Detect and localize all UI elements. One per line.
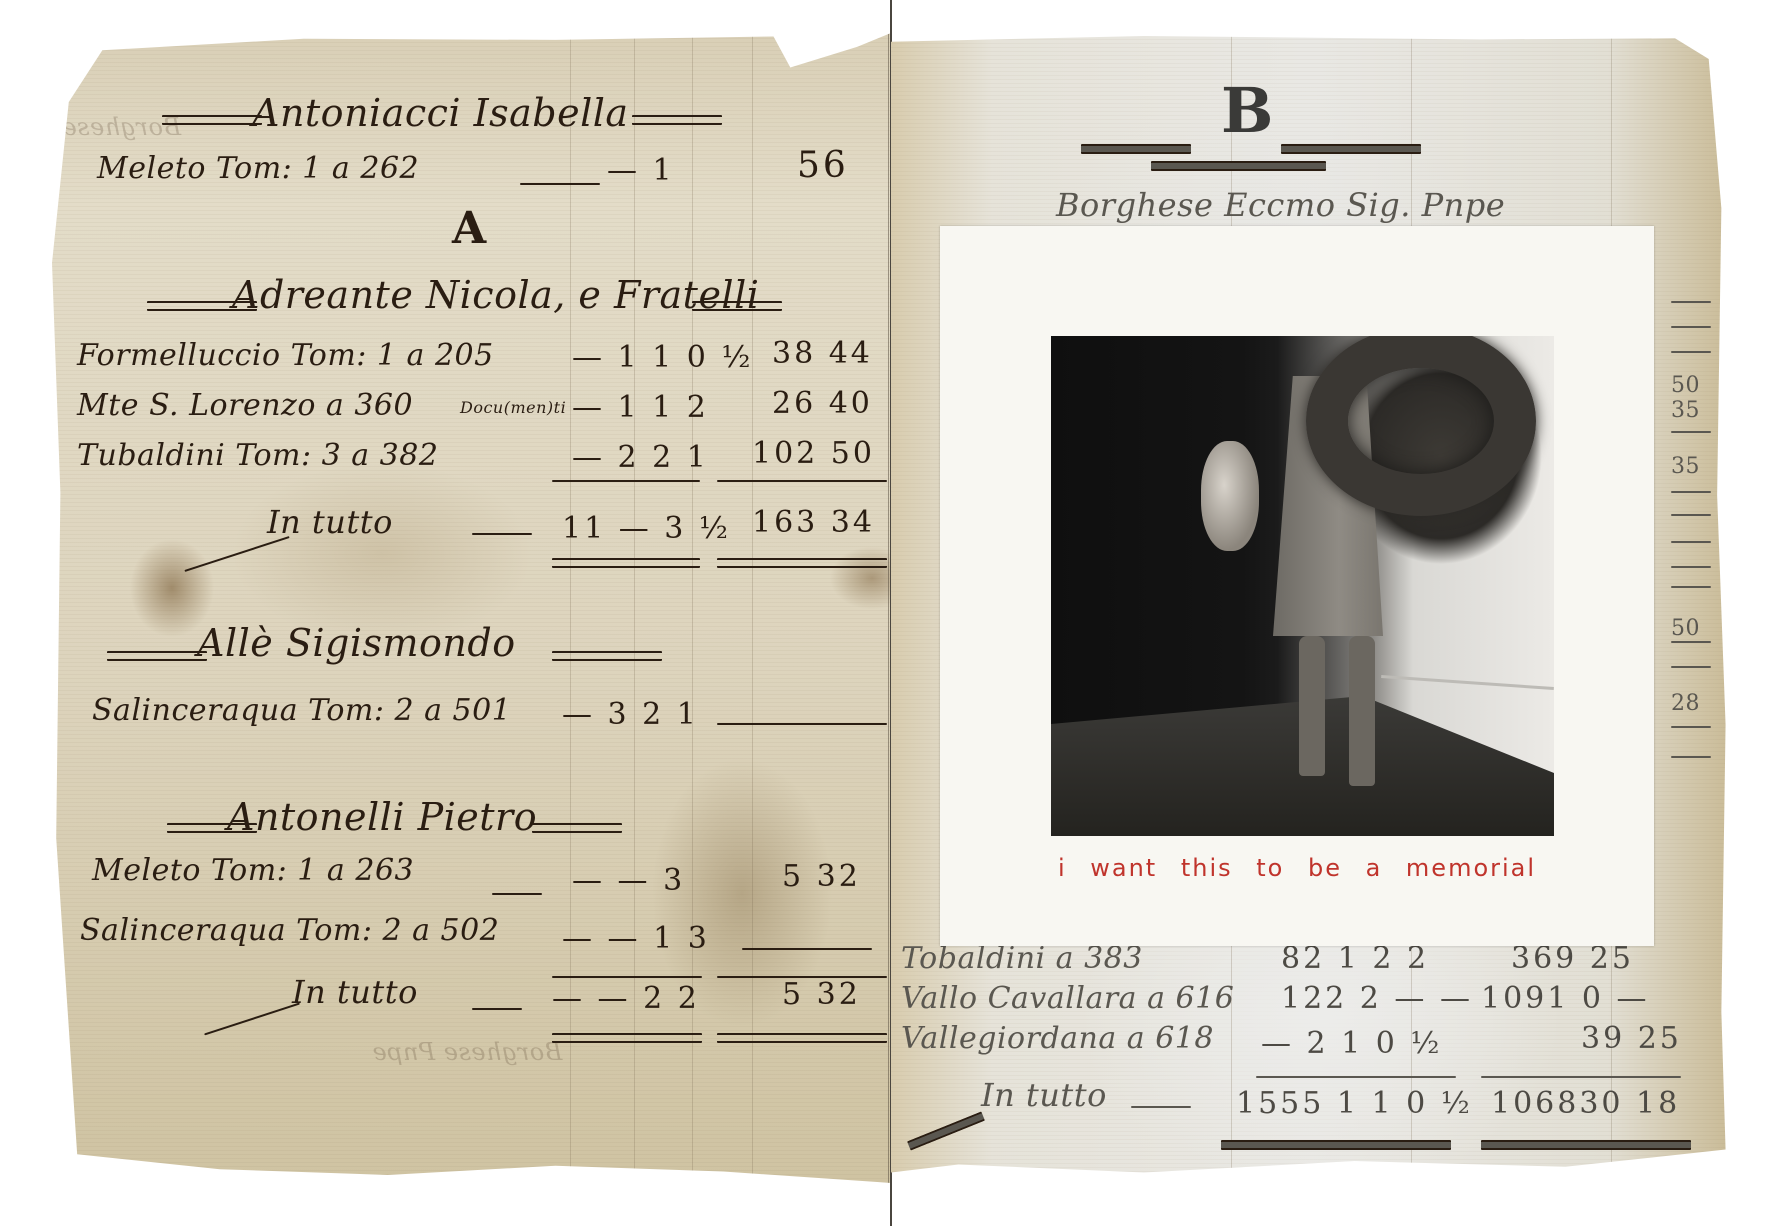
margin-line: [1671, 756, 1711, 758]
left-ledger-page: Borghese Borghese Pnpe Antoniacci Isabel…: [52, 33, 891, 1183]
flourish-line: [162, 115, 262, 125]
total-label: In tutto: [292, 973, 418, 1011]
margin-line: [1671, 351, 1711, 353]
margin-line: [1671, 431, 1711, 433]
entry-amount-a: — 1: [607, 153, 675, 188]
entry-amount-b: 56: [797, 145, 849, 186]
entry-name: Antonelli Pietro: [227, 795, 537, 839]
flourish-line: [692, 301, 782, 311]
photo-wreath: [1306, 336, 1536, 516]
flourish-line: [907, 1111, 985, 1150]
leader-line: [1131, 1106, 1191, 1108]
flourish-line: [552, 651, 662, 661]
entry-amount-a: — 1 1 0 ½: [572, 340, 753, 375]
entry-amount-a: 82 1 2 2: [1281, 941, 1429, 976]
entry-row-note: Docu(men)ti: [460, 398, 566, 417]
entry-amount-b: 102 50: [752, 436, 875, 471]
sum-line: [552, 976, 702, 978]
entry-row-text: Vallo Cavallara a 616: [901, 981, 1234, 1016]
flourish-line: [107, 651, 207, 661]
margin-line: [1671, 326, 1711, 328]
entry-amount-a: — 2 1 0 ½: [1261, 1026, 1442, 1061]
ruling-line: [752, 33, 753, 1183]
leader-line: [717, 723, 887, 725]
bleed-through-text: Borghese Pnpe: [372, 1038, 562, 1066]
total-amount-a: — — 2 2: [552, 981, 700, 1016]
flourish-line: [532, 823, 622, 833]
entry-row-text: Meleto Tom: 1 a 262: [97, 151, 419, 186]
flourish-line: [1151, 161, 1326, 171]
sum-line: [717, 480, 887, 482]
margin-line: [1671, 491, 1711, 493]
total-amount-a: 11 — 3 ½: [562, 511, 731, 546]
sum-line: [552, 558, 700, 568]
total-amount-a: 1555 1 1 0 ½: [1236, 1086, 1473, 1121]
entry-row-text: Meleto Tom: 1 a 263: [92, 853, 414, 888]
black-and-white-photograph: [1051, 336, 1554, 836]
entry-amount-b: 39 25: [1581, 1021, 1682, 1056]
index-letter: B: [1221, 74, 1274, 147]
entry-row-text: Salinceraqua Tom: 2 a 501: [92, 693, 511, 728]
entry-row-text: Salinceraqua Tom: 2 a 502: [80, 913, 499, 948]
entry-name: Adreante Nicola, e Fratelli: [232, 273, 759, 317]
ruling-line: [888, 33, 889, 1183]
photo-figure-boot: [1299, 636, 1325, 776]
photo-cat: [1201, 441, 1259, 551]
entry-amount-a: 122 2 — —: [1281, 981, 1473, 1016]
leader-line: [742, 948, 872, 950]
total-amount-b: 5 32: [782, 977, 861, 1012]
total-label: In tutto: [267, 503, 393, 541]
photo-baseboard: [1381, 675, 1554, 690]
entry-amount-b: 1091 0 —: [1481, 981, 1650, 1016]
entry-name: Allè Sigismondo: [197, 621, 516, 665]
margin-amount: 28: [1671, 691, 1700, 716]
total-amount-b: 163 34: [752, 505, 875, 540]
sum-line: [552, 1033, 702, 1043]
entry-amount-a: — 1 1 2: [572, 390, 709, 425]
sum-line: [717, 1033, 887, 1043]
photo-figure-boot: [1349, 636, 1375, 786]
flourish-line: [204, 1003, 300, 1036]
leader-line: [472, 533, 532, 535]
account-header-name: Borghese Eccmo Sig. Pnpe: [1056, 186, 1505, 224]
flourish-line: [1281, 144, 1421, 154]
entry-amount-a: — 3 2 1: [562, 697, 699, 732]
entry-amount-a: — — 1 3: [562, 921, 710, 956]
margin-amount: 50: [1671, 373, 1700, 398]
margin-line: [1671, 566, 1711, 568]
margin-line: [1671, 301, 1711, 303]
margin-line: [1671, 726, 1711, 728]
entry-row-text: Tobaldini a 383: [901, 941, 1143, 976]
entry-row-text: Vallegiordana a 618: [901, 1021, 1214, 1056]
margin-line: [1671, 541, 1711, 543]
sum-line: [1256, 1076, 1456, 1078]
margin-line: [1671, 666, 1711, 668]
entry-amount-a: — 2 2 1: [572, 440, 709, 475]
margin-line: [1671, 641, 1711, 643]
margin-line: [1671, 586, 1711, 588]
flourish-line: [1081, 144, 1191, 154]
leader-line: [472, 1008, 522, 1010]
entry-amount-b: 5 32: [782, 859, 861, 894]
sum-line: [1481, 1076, 1681, 1078]
sum-line: [1221, 1140, 1451, 1150]
leader-line: [492, 893, 542, 895]
flourish-line: [184, 536, 289, 572]
flourish-line: [632, 115, 722, 125]
total-amount-b: 106830 18: [1491, 1086, 1680, 1121]
entry-amount-b: 26 40: [772, 386, 873, 421]
margin-amount: 35: [1671, 454, 1700, 479]
entry-amount-a: — — 3: [572, 863, 685, 898]
entry-name: Antoniacci Isabella: [252, 91, 629, 135]
entry-row-text: Tubaldini Tom: 3 a 382: [77, 438, 438, 473]
entry-amount-b: 369 25: [1511, 941, 1634, 976]
margin-amount: 35: [1671, 398, 1700, 423]
margin-amount: 50: [1671, 616, 1700, 641]
entry-row-text: Formelluccio Tom: 1 a 205: [77, 338, 494, 373]
pasted-photo-print: i want this to be a memorial: [940, 226, 1654, 946]
entry-row-text: Mte S. Lorenzo a 360: [77, 388, 413, 423]
sum-line: [1481, 1140, 1691, 1150]
entry-amount-b: 38 44: [772, 336, 873, 371]
margin-line: [1671, 514, 1711, 516]
leader-line: [520, 183, 600, 185]
sum-line: [552, 480, 700, 482]
sum-line: [717, 558, 887, 568]
photo-caption: i want this to be a memorial: [940, 854, 1654, 882]
total-label: In tutto: [981, 1076, 1107, 1114]
index-letter: A: [452, 203, 487, 254]
